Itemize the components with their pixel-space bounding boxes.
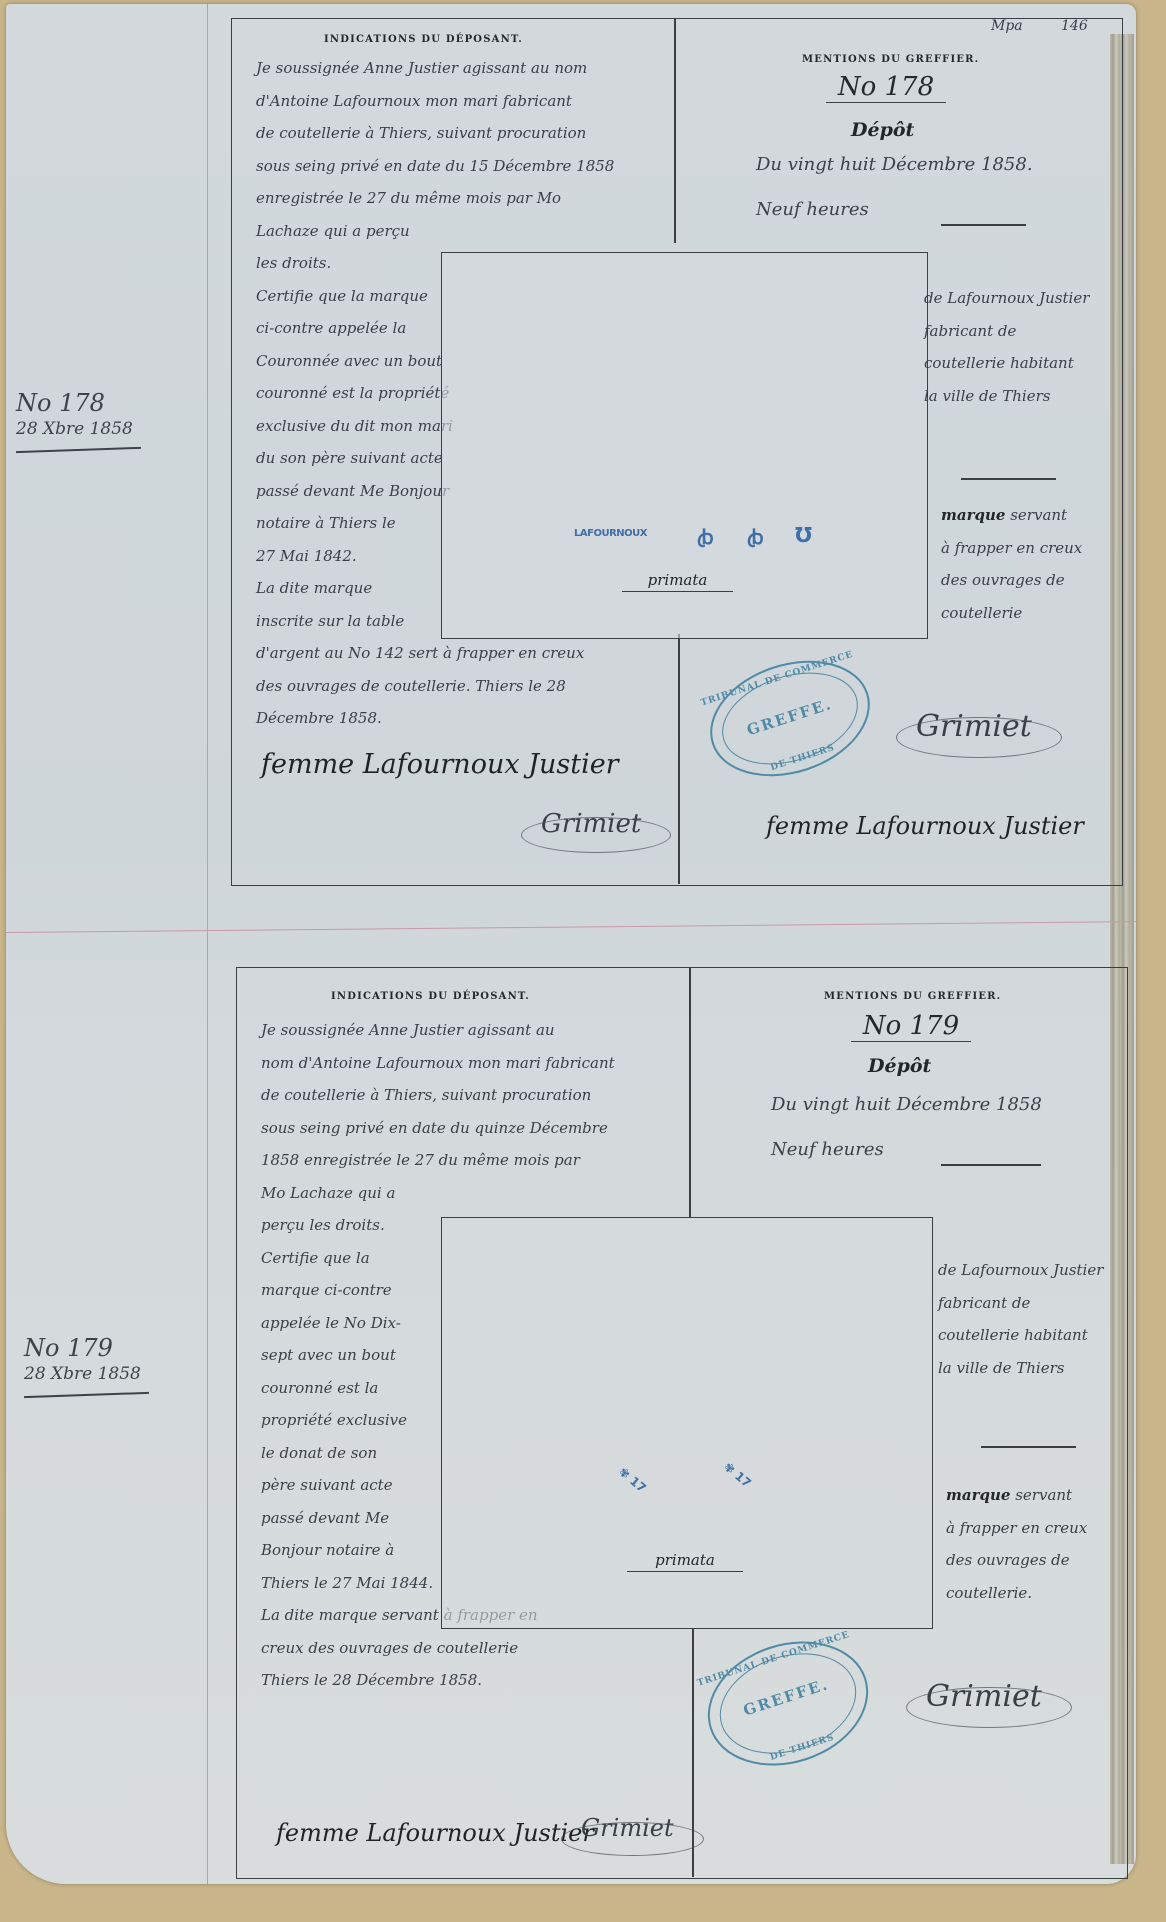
marque-block: marque servant à frapper en creux des ou… (941, 499, 1121, 629)
mark-stamp: ꞗ (747, 523, 764, 550)
clerk-signature: Grimiet (926, 1679, 1042, 1714)
depot-time: Neuf heures (756, 199, 869, 220)
margin-note: No 179 28 Xbre 1858 (24, 1334, 149, 1396)
mark-name: primata (622, 571, 733, 592)
greffier-header: MENTIONS DU GREFFIER. (824, 991, 1001, 1002)
depot-date: Du vingt huit Décembre 1858 (771, 1094, 1042, 1115)
register-page: Mpa 146 No 178 28 Xbre 1858 INDICATIONS … (6, 4, 1136, 1884)
depot-date: Du vingt huit Décembre 1858. (756, 154, 1033, 175)
greffier-header: MENTIONS DU GREFFIER. (802, 54, 979, 65)
marque-block: marque servant à frapper en creux des ou… (946, 1479, 1126, 1609)
deposant-header: INDICATIONS DU DÉPOSANT. (324, 34, 523, 45)
margin-entry-date: 28 Xbre 1858 (24, 1364, 149, 1384)
mark-stamp: Ʊ (795, 523, 812, 547)
entry-divider-line (6, 921, 1136, 933)
mark-name: primata (627, 1551, 743, 1572)
trademark-impression-box: ✾ 17 ✾ 17 primata (441, 1217, 933, 1629)
greffier-depositor-details: de Lafournoux Justier fabricant de coute… (938, 1254, 1123, 1384)
entry-178: No 178 28 Xbre 1858 INDICATIONS DU DÉPOS… (6, 4, 1136, 904)
greffier-entry-number: No 179 (851, 1011, 971, 1042)
depositor-signature: femme Lafournoux Justier (261, 749, 619, 780)
margin-entry-date: 28 Xbre 1858 (16, 419, 141, 439)
margin-entry-number: No 179 (24, 1334, 149, 1362)
margin-rule (16, 447, 141, 453)
trademark-impression-box: LAFOURNOUX ꞗ ꞗ Ʊ primata (441, 252, 928, 639)
rule (941, 224, 1026, 226)
rule (961, 478, 1056, 480)
mark-stamp: ꞗ (697, 523, 714, 550)
depot-label: Dépôt (851, 119, 914, 141)
marque-label: marque (946, 1486, 1010, 1504)
deposant-header: INDICATIONS DU DÉPOSANT. (331, 991, 530, 1002)
marque-label: marque (941, 506, 1005, 524)
column-divider (689, 967, 691, 1217)
rule (981, 1446, 1076, 1448)
mark-stamp: LAFOURNOUX (574, 528, 647, 539)
clerk-signature-left: Grimiet (541, 809, 641, 839)
greffier-depositor-details: de Lafournoux Justier fabricant de coute… (924, 282, 1114, 412)
greffier-depositor-signature: femme Lafournoux Justier (766, 812, 1084, 840)
rule (941, 1164, 1041, 1166)
depot-time: Neuf heures (771, 1139, 884, 1160)
entry-179: No 179 28 Xbre 1858 INDICATIONS DU DÉPOS… (6, 959, 1136, 1889)
clerk-signature-left: Grimiet (581, 1814, 674, 1842)
margin-note: No 178 28 Xbre 1858 (16, 389, 141, 451)
column-divider (678, 634, 680, 884)
margin-rule (24, 1392, 149, 1398)
depositor-signature: femme Lafournoux Justier (276, 1819, 594, 1847)
depot-label: Dépôt (868, 1055, 931, 1077)
mark-stamp: ✾ 17 (616, 1465, 649, 1496)
margin-entry-number: No 178 (16, 389, 141, 417)
mark-stamp: ✾ 17 (721, 1460, 754, 1491)
clerk-signature: Grimiet (916, 709, 1032, 744)
greffier-entry-number: No 178 (826, 72, 946, 103)
